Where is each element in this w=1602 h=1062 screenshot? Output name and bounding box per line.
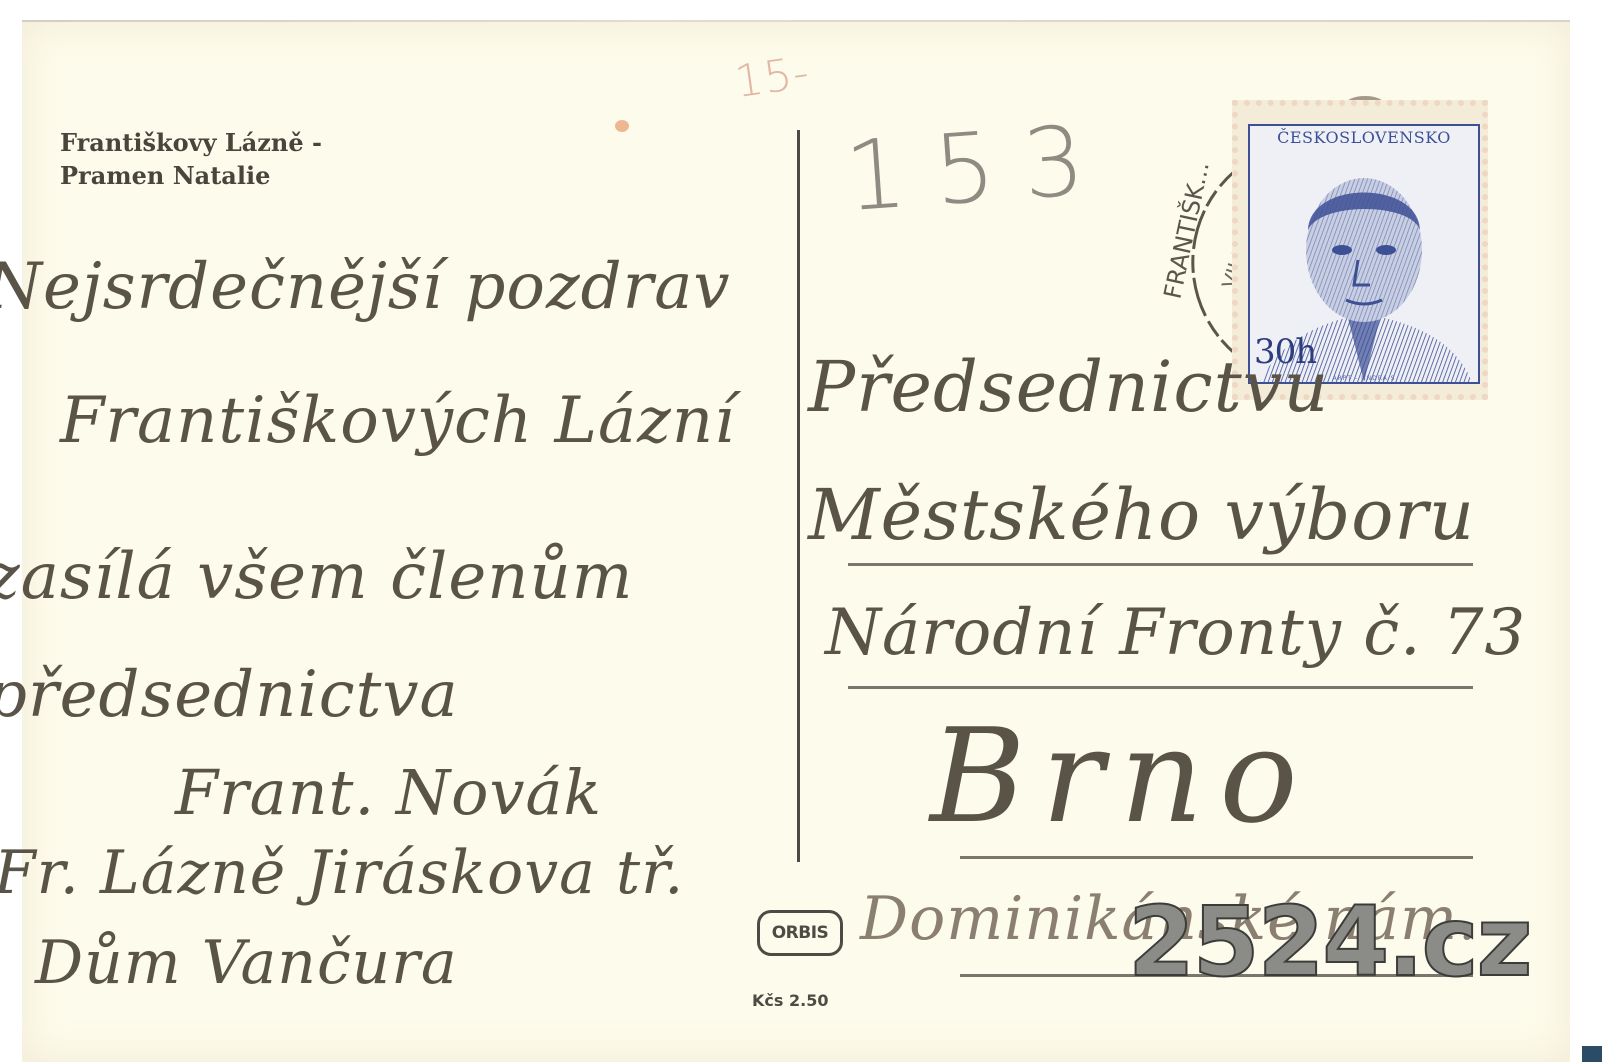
address-rule [848,563,1473,566]
publisher-logo: ORBIS [757,910,843,956]
address-rule [960,856,1473,859]
address-line: Brno [930,700,1314,852]
stain [615,120,629,132]
address-rule [848,686,1473,689]
stamp-country: ČESKOSLOVENSKO [1250,128,1478,147]
watermark: 2524.cz [1128,886,1530,998]
message-line: Nejsrdečnější pozdrav [0,250,731,324]
corner-mark [1582,1046,1602,1062]
address-line: Předsednictvu [808,346,1329,428]
address-line: Národní Fronty č. 73 [825,596,1526,670]
message-line: Frant. Novák [175,756,602,829]
message-line: Dům Vančura [35,928,458,998]
message-line: zasílá všem členům [0,540,633,614]
printed-caption: Františkovy Lázně - Pramen Natalie [60,126,322,192]
pencil-note-number: 153 [841,103,1115,233]
message-line: předsednictva [0,658,459,732]
center-divider [797,130,800,862]
caption-line-1: Františkovy Lázně - [60,126,322,159]
stamp-frame: ČESKOSLOVENSKO 30h ARPT - JINDRA S [1248,124,1480,384]
price-label: Kčs 2.50 [752,991,828,1010]
pencil-note-faint: 15- [732,47,813,108]
message-line: Františkových Lázní [60,384,736,458]
caption-line-2: Pramen Natalie [60,159,322,192]
svg-text:FRANTIŠK...: FRANTIŠK... [1157,159,1215,302]
address-line: Městského výboru [808,474,1475,556]
message-line: Fr. Lázně Jiráskova tř. [0,838,684,908]
